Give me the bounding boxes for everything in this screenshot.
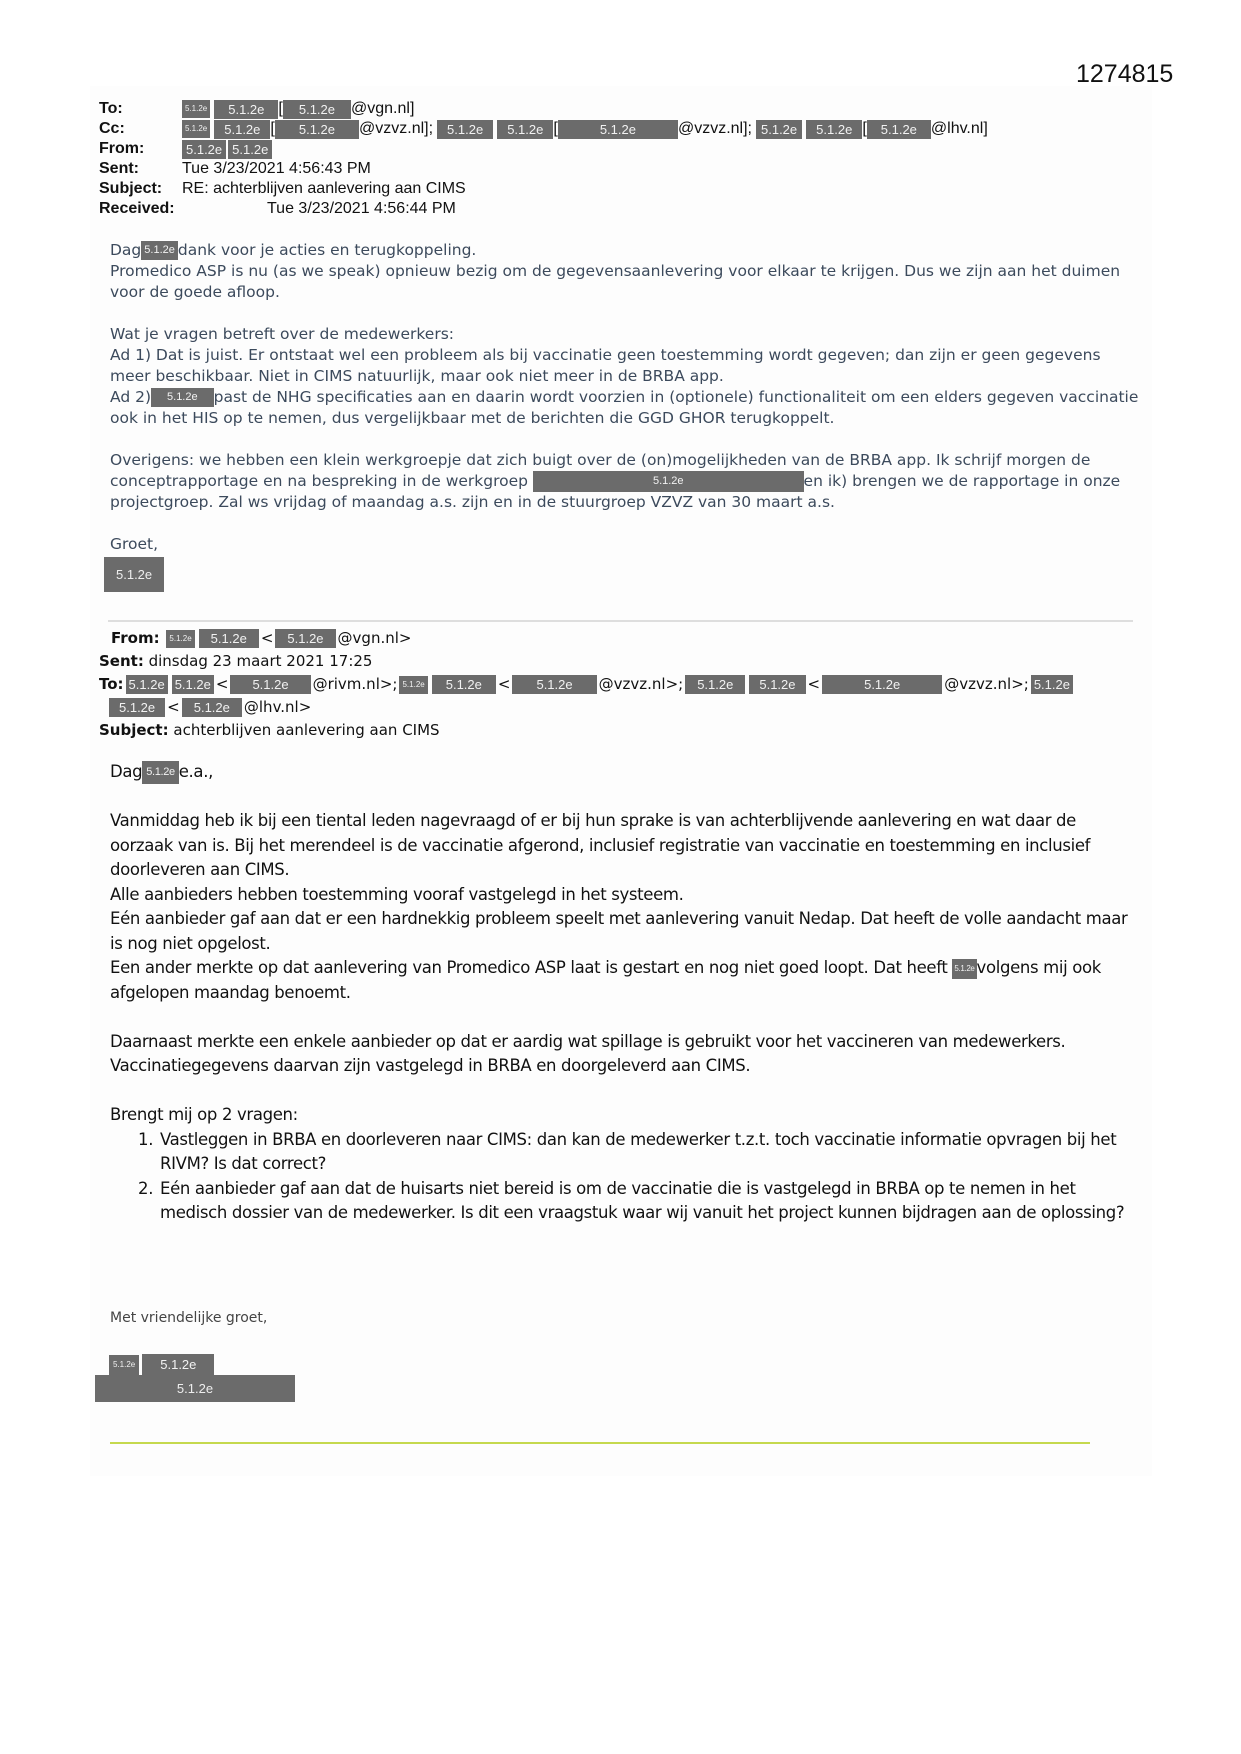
redaction: 5.1.2e — [166, 630, 194, 648]
redaction: 5.1.2e — [437, 120, 493, 139]
original-paragraph-2: Alle aanbieders hebben toestemming voora… — [110, 883, 1140, 908]
redaction: 5.1.2e — [214, 120, 270, 139]
redaction: 5.1.2e — [283, 100, 351, 119]
greeting-suffix: e.a., — [179, 762, 213, 781]
to-row: To: 5.1.2e 5.1.2e [ 5.1.2e @vgn.nl] — [99, 99, 988, 119]
redaction: 5.1.2e — [182, 698, 242, 717]
lt: < — [216, 673, 229, 696]
redaction: 5.1.2e — [182, 120, 210, 138]
cc-domain: @vzvz.nl]; — [359, 119, 433, 139]
original-greeting: Dag5.1.2ee.a., — [110, 760, 1140, 785]
email-header-reply: To: 5.1.2e 5.1.2e [ 5.1.2e @vgn.nl] Cc: … — [99, 99, 988, 219]
greeting-prefix: Dag — [110, 762, 142, 781]
ad2-prefix: Ad 2) — [110, 388, 151, 406]
cc-domain: @lhv.nl] — [931, 119, 988, 139]
reply-body: Dag5.1.2edank voor je acties en terugkop… — [110, 240, 1140, 592]
subject-row: Subject: RE: achterblijven aanlevering a… — [99, 179, 988, 199]
redaction: 5.1.2e — [533, 471, 804, 492]
greeting-rest: dank voor je acties en terugkoppeling. — [178, 241, 476, 259]
to-label: To: — [99, 99, 182, 119]
sent-row: Sent: Tue 3/23/2021 4:56:43 PM — [99, 159, 988, 179]
from-row: From: 5.1.2e 5.1.2e — [99, 139, 988, 159]
redaction: 5.1.2e — [141, 241, 178, 260]
from-row: From: 5.1.2e 5.1.2e < 5.1.2e @vgn.nl> — [99, 627, 1075, 650]
redaction-signature-block: 5.1.2e — [95, 1375, 295, 1402]
received-row: Received: Tue 3/23/2021 4:56:44 PM — [99, 199, 988, 219]
redaction: 5.1.2e — [275, 120, 359, 139]
footer-rule — [110, 1442, 1090, 1444]
reply-closing: Groet, — [110, 534, 1140, 555]
redaction: 5.1.2e — [214, 100, 278, 119]
p4-prefix: Een ander merkte op dat aanlevering van … — [110, 958, 947, 977]
reply-greeting: Dag5.1.2edank voor je acties en terugkop… — [110, 240, 1140, 261]
lt: < — [498, 673, 511, 696]
received-label: Received: — [99, 199, 267, 219]
redaction: 5.1.2e — [952, 959, 976, 979]
redaction: 5.1.2e — [512, 675, 596, 694]
to-label: To: — [99, 673, 124, 696]
lt: < — [167, 696, 180, 719]
sent-value: dinsdag 23 maart 2021 17:25 — [149, 650, 373, 673]
sent-value: Tue 3/23/2021 4:56:43 PM — [182, 159, 371, 179]
redaction: 5.1.2e — [142, 1354, 214, 1375]
to-domain: @vzvz.nl>; — [599, 673, 684, 696]
to-domain: @vgn.nl] — [351, 99, 414, 119]
closing-greeting: Met vriendelijke groet, — [110, 1310, 267, 1326]
question-item: Eén aanbieder gaf aan dat de huisarts ni… — [158, 1177, 1140, 1226]
redaction: 5.1.2e — [1031, 675, 1073, 694]
cc-row: Cc: 5.1.2e 5.1.2e [ 5.1.2e @vzvz.nl]; 5.… — [99, 119, 988, 139]
document-number: 1274815 — [1076, 60, 1173, 89]
lt: < — [808, 673, 821, 696]
subject-value: RE: achterblijven aanlevering aan CIMS — [182, 179, 466, 199]
to-domain: @lhv.nl> — [244, 696, 311, 719]
sent-label: Sent: — [99, 650, 144, 673]
from-domain: @vgn.nl> — [338, 627, 412, 650]
redaction: 5.1.2e — [109, 698, 165, 717]
redaction: 5.1.2e — [199, 629, 259, 648]
from-label: From: — [99, 139, 182, 159]
to-domain: @vzvz.nl>; — [944, 673, 1029, 696]
redaction: 5.1.2e — [275, 629, 335, 648]
original-paragraph-5: Daarnaast merkte een enkele aanbieder op… — [110, 1030, 1140, 1079]
to-domain: @rivm.nl>; — [313, 673, 398, 696]
redaction: 5.1.2e — [230, 675, 310, 694]
redaction: 5.1.2e — [558, 120, 678, 139]
subject-label: Subject: — [99, 719, 169, 742]
lt: < — [261, 627, 274, 650]
redaction: 5.1.2e — [749, 675, 805, 694]
original-paragraph-4: Een ander merkte op dat aanlevering van … — [110, 956, 1140, 1005]
redaction: 5.1.2e — [182, 100, 210, 118]
redaction: 5.1.2e — [142, 761, 178, 784]
reply-questions-intro: Wat je vragen betreft over de medewerker… — [110, 324, 1140, 345]
subject-value: achterblijven aanlevering aan CIMS — [173, 719, 439, 742]
redaction-signature: 5.1.2e — [104, 557, 164, 592]
reply-paragraph: Promedico ASP is nu (as we speak) opnieu… — [110, 261, 1140, 303]
redaction: 5.1.2e — [172, 675, 214, 694]
from-label: From: — [111, 627, 160, 650]
to-row-cont: 5.1.2e < 5.1.2e @lhv.nl> — [99, 696, 1075, 719]
separator — [108, 620, 1133, 622]
email-header-original: From: 5.1.2e 5.1.2e < 5.1.2e @vgn.nl> Se… — [99, 627, 1075, 742]
reply-ad2: Ad 2)5.1.2epast de NHG specificaties aan… — [110, 387, 1140, 429]
received-value: Tue 3/23/2021 4:56:44 PM — [267, 199, 456, 219]
subject-label: Subject: — [99, 179, 182, 199]
questions-list: Vastleggen in BRBA en doorleveren naar C… — [110, 1128, 1140, 1226]
redaction: 5.1.2e — [228, 140, 272, 159]
redaction: 5.1.2e — [399, 676, 427, 694]
to-row: To: 5.1.2e 5.1.2e < 5.1.2e @rivm.nl>; 5.… — [99, 673, 1075, 696]
ad2-rest: past de NHG specificaties aan en daarin … — [110, 388, 1138, 427]
original-paragraph-1: Vanmiddag heb ik bij een tiental leden n… — [110, 809, 1140, 883]
redaction: 5.1.2e — [432, 675, 496, 694]
cc-label: Cc: — [99, 119, 182, 139]
sent-label: Sent: — [99, 159, 182, 179]
greeting-prefix: Dag — [110, 241, 141, 259]
redaction: 5.1.2e — [126, 675, 168, 694]
redaction: 5.1.2e — [151, 388, 214, 407]
cc-domain: @vzvz.nl]; — [678, 119, 752, 139]
subject-row: Subject: achterblijven aanlevering aan C… — [99, 719, 1075, 742]
redaction: 5.1.2e — [806, 120, 862, 139]
redaction: 5.1.2e — [109, 1355, 139, 1375]
redaction: 5.1.2e — [685, 675, 745, 694]
original-body: Dag5.1.2ee.a., Vanmiddag heb ik bij een … — [110, 760, 1140, 1226]
original-paragraph-3: Eén aanbieder gaf aan dat er een hardnek… — [110, 907, 1140, 956]
questions-intro: Brengt mij op 2 vragen: — [110, 1103, 1140, 1128]
sent-row: Sent: dinsdag 23 maart 2021 17:25 — [99, 650, 1075, 673]
question-item: Vastleggen in BRBA en doorleveren naar C… — [158, 1128, 1140, 1177]
redaction: 5.1.2e — [756, 120, 802, 139]
redaction: 5.1.2e — [497, 120, 553, 139]
redaction: 5.1.2e — [182, 140, 226, 159]
redaction: 5.1.2e — [867, 120, 931, 139]
signature-redactions: 5.1.2e5.1.2e — [109, 1354, 214, 1375]
reply-overigens: Overigens: we hebben een klein werkgroep… — [110, 450, 1140, 513]
redaction: 5.1.2e — [822, 675, 942, 694]
reply-ad1: Ad 1) Dat is juist. Er ontstaat wel een … — [110, 345, 1140, 387]
